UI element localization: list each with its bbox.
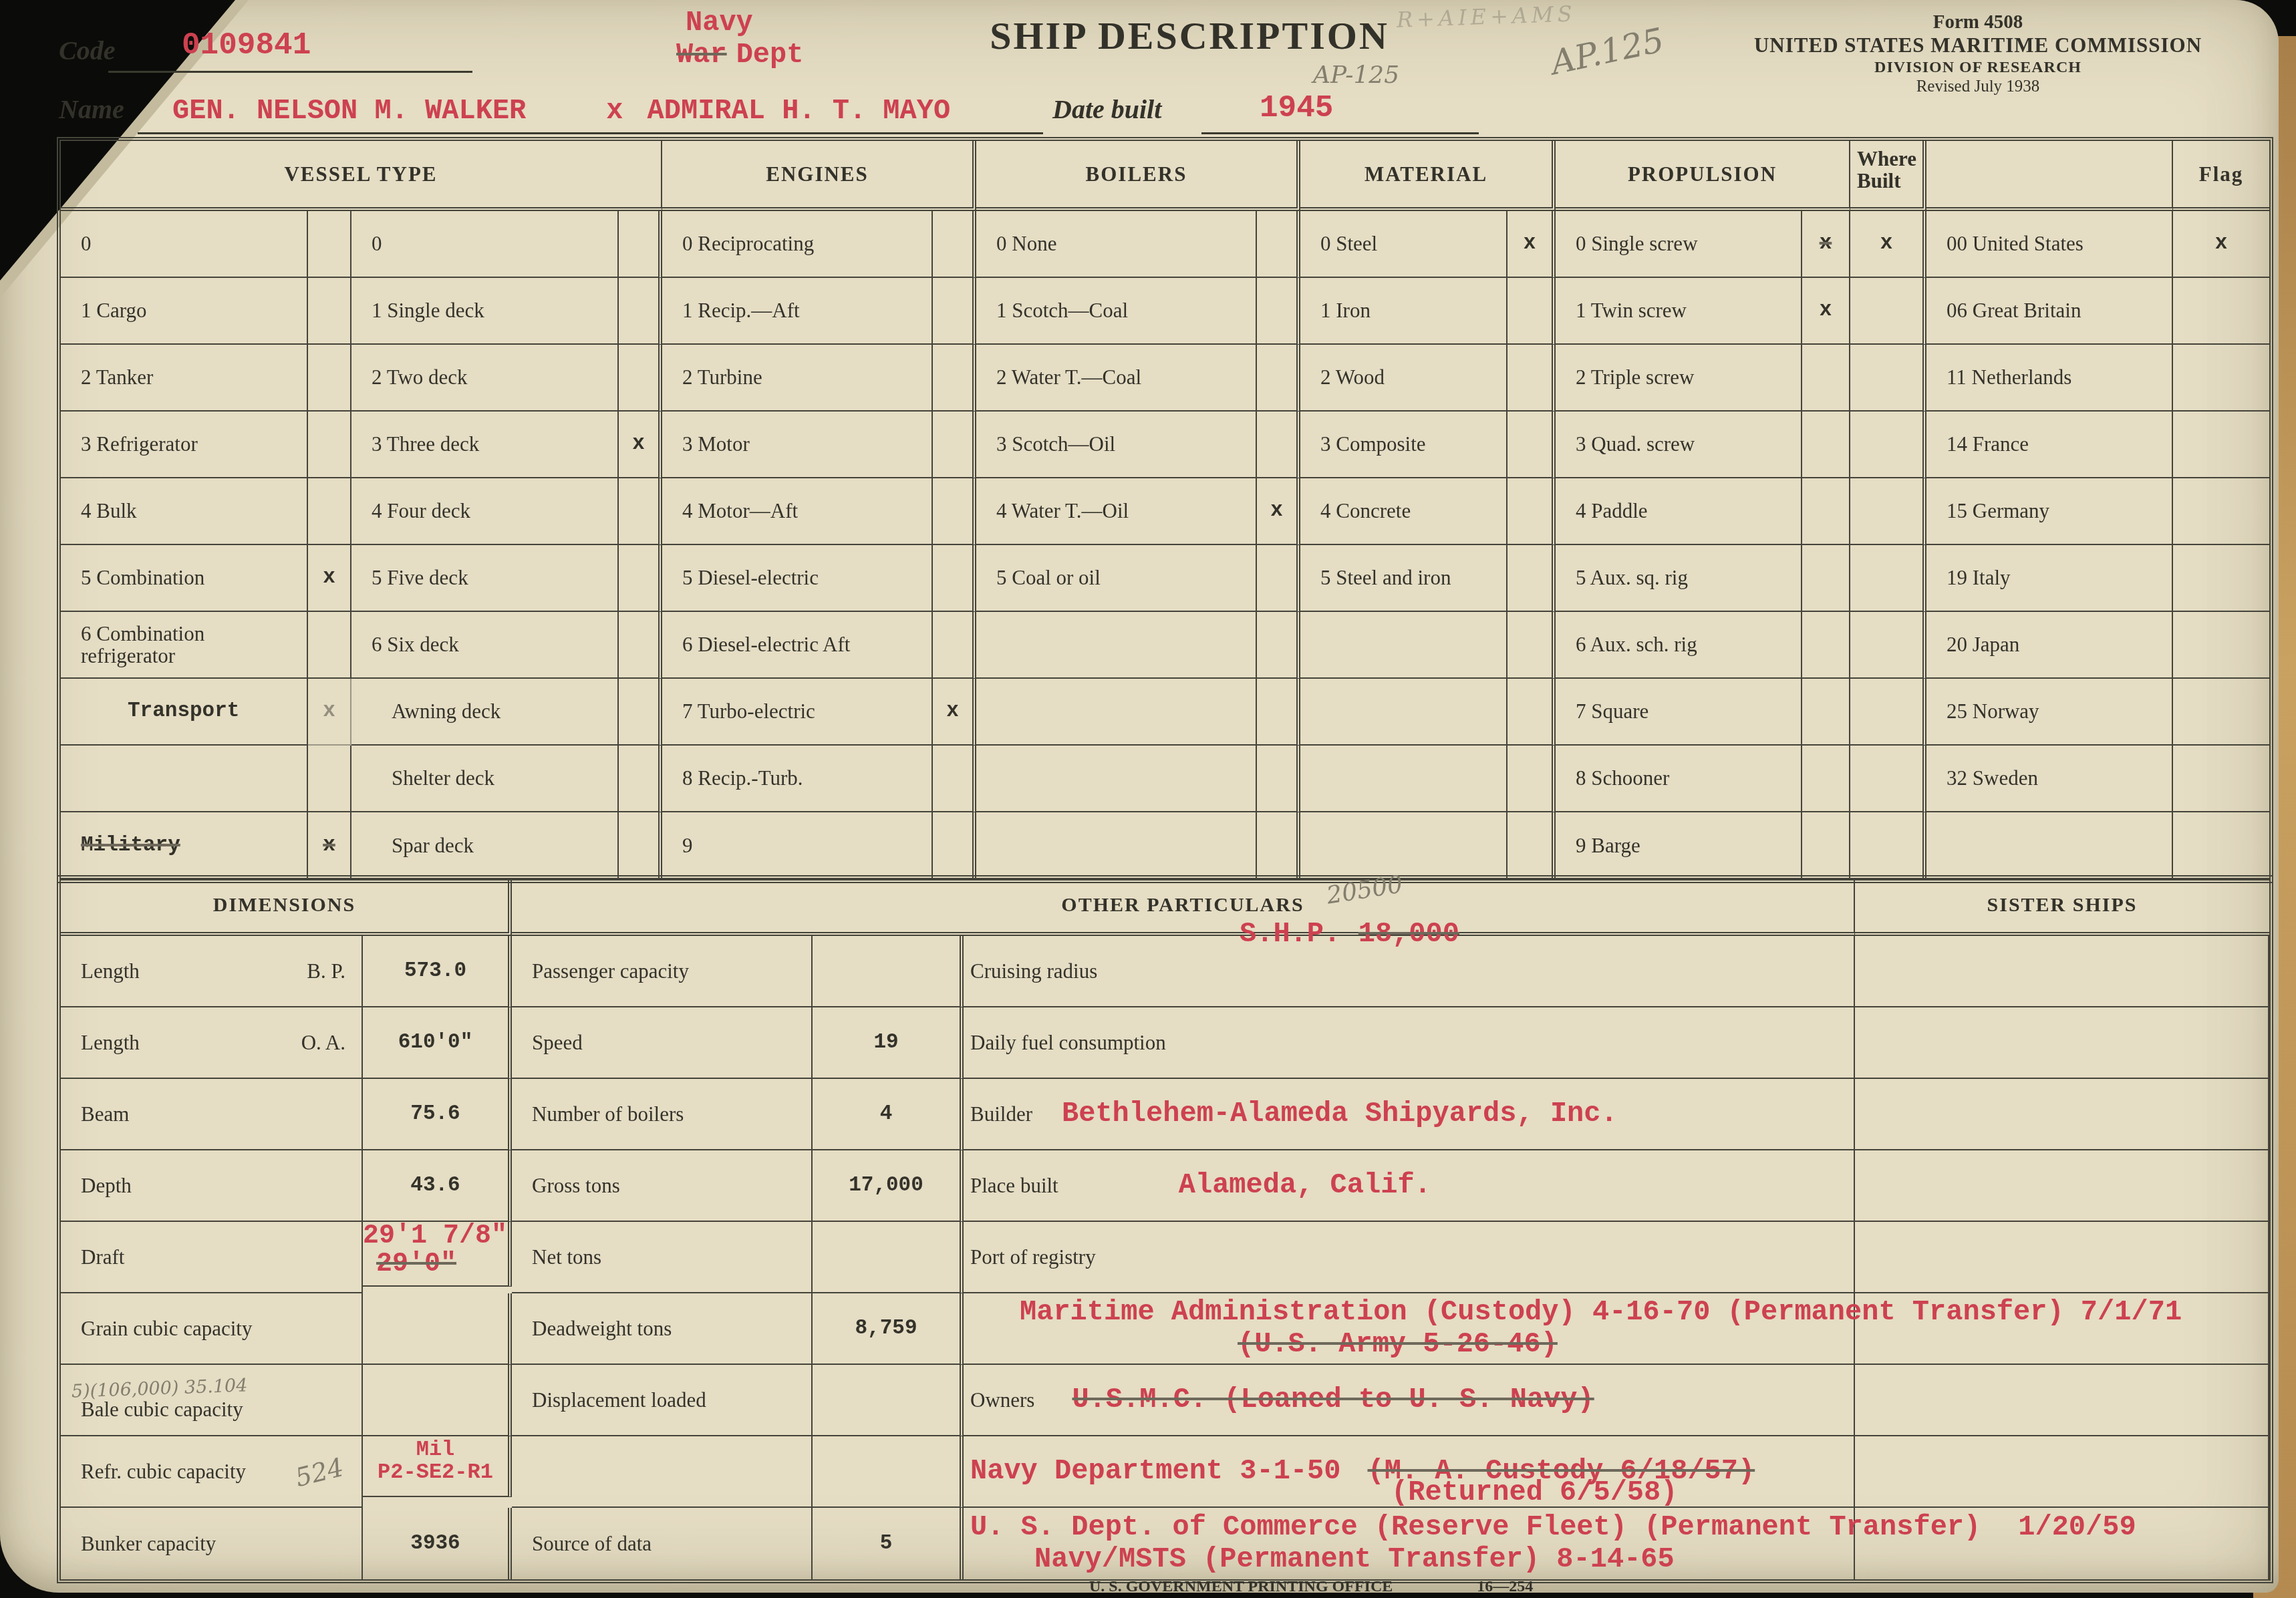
place-built-label: Place built [970,1174,1058,1196]
dim-label-refr: Refr. cubic capacity 524 [61,1436,363,1508]
boiler-option: 1 Scotch—Coal [976,278,1257,345]
boiler-option: 0 None [976,211,1257,278]
mid-value: 17,000 [813,1150,964,1222]
country-option: 20 Japan [1926,612,2173,679]
mark-cell [1508,278,1556,345]
flag-mark: x [2173,211,2269,278]
material-option: 0 Steel [1300,211,1508,278]
shp-label: S.H.P. [1240,918,1340,950]
gpo-code: 16—254 [1477,1578,1533,1595]
place-built-value: Alameda, Calif. [1179,1170,1431,1201]
sister-cell [1855,1222,2269,1293]
mark-cell: x [308,545,351,612]
name-separator-x: x [606,95,623,127]
material-option: 4 Concrete [1300,478,1508,545]
vessel-option: 3 Refrigerator [61,412,308,478]
mid-label: Number of boilers [512,1079,813,1150]
material-option [1300,612,1508,679]
owners-label: Owners [970,1389,1034,1411]
ship-name-current: GEN. NELSON M. WALKER [172,95,526,127]
flag-mark [2173,412,2269,478]
gpo-imprint: U. S. GOVERNMENT PRINTING OFFICE [1089,1578,1393,1595]
mark-cell-struck: x [308,812,351,879]
owners-row: OwnersU.S.M.C. (Loaned to U. S. Navy) [964,1365,1855,1436]
vessel-option: 4 Bulk [61,478,308,545]
mark-cell-faint: x [308,679,351,746]
mark-cell: x [619,412,662,478]
dim-value: 75.6 [363,1079,512,1150]
where-built-mark: x [1850,211,1926,278]
mark-cell [1257,812,1300,879]
vessel-option-typed-struck: Military [61,812,308,879]
material-option: 5 Steel and iron [1300,545,1508,612]
material-option: 1 Iron [1300,278,1508,345]
mark-cell [1802,478,1850,545]
engine-option: 5 Diesel-electric [662,545,933,612]
mark-cell [933,545,976,612]
pencil-hull-number: AP-125 [1313,61,1399,89]
material-option: 2 Wood [1300,345,1508,412]
mark-cell [308,278,351,345]
design-type-cell: Mil P2-SE2-R1 [363,1426,512,1497]
ship-name-former: ADMIRAL H. T. MAYO [648,95,951,127]
material-option [1300,812,1508,879]
mark-cell [1802,545,1850,612]
mark-cell [1257,211,1300,278]
deck-option: Spar deck [351,812,619,879]
date-built-value: 1945 [1260,91,1333,126]
mid-value [813,1436,964,1508]
dim-value: 43.6 [363,1150,512,1222]
deck-option: Shelter deck [351,746,619,812]
sister-cell [1855,1150,2269,1222]
mark-cell [933,746,976,812]
mark-cell [619,812,662,879]
custody-line: Maritime Administration (Custody) 4-16-7… [970,1297,2182,1327]
mark-cell: x [1508,211,1556,278]
design-type-line1: Mil [416,1438,455,1461]
mark-cell [1257,612,1300,679]
particular-label: Port of registry [964,1222,1855,1293]
dim-label: Beam [61,1079,363,1150]
where-built-mark [1850,278,1926,345]
mid-value [813,1365,964,1436]
design-type-line2: P2-SE2-R1 [378,1461,493,1484]
dim-name: Bale cubic capacity [81,1398,243,1420]
mid-label: Deadweight tons [512,1293,813,1365]
engine-option: 3 Motor [662,412,933,478]
deck-option: 5 Five deck [351,545,619,612]
engine-option: 9 [662,812,933,879]
where-built-mark [1850,545,1926,612]
country-option [1926,812,2173,879]
boiler-option: 5 Coal or oil [976,545,1257,612]
boiler-option [976,679,1257,746]
mark-cell [619,612,662,679]
particulars-table: DIMENSIONS OTHER PARTICULARS SISTER SHIP… [57,875,2273,1583]
code-value: 0109841 [182,28,311,63]
where-built-mark [1850,746,1926,812]
sister-cell [1855,1007,2269,1079]
engine-option: 2 Turbine [662,345,933,412]
country-column-header [1926,141,2173,211]
dim-value: 3936 [363,1508,512,1579]
mark-cell [1508,545,1556,612]
particular-label: Daily fuel consumption [964,1007,1855,1079]
mark-cell [308,478,351,545]
where-built-mark [1850,612,1926,679]
boilers-header: BOILERS [976,141,1300,211]
boiler-option: 3 Scotch—Oil [976,412,1257,478]
material-option: 3 Composite [1300,412,1508,478]
other-particulars-header: OTHER PARTICULARS [512,879,1855,936]
dimensions-header: DIMENSIONS [61,879,512,936]
mark-cell [1802,612,1850,679]
engine-option: 7 Turbo-electric [662,679,933,746]
material-header: MATERIAL [1300,141,1556,211]
particular-label: BuilderBethlehem-Alameda Shipyards, Inc. [964,1079,1855,1150]
sister-cell [1855,1436,2269,1508]
mark-cell [308,412,351,478]
mark-cell [619,545,662,612]
dept-word: Dept [736,39,804,71]
mark-cell [619,478,662,545]
mark-cell [933,812,976,879]
dim-label: Grain cubic capacity [61,1293,363,1365]
sister-ships-header: SISTER SHIPS [1855,879,2269,936]
mid-value: 5 [813,1508,964,1579]
form-number: Form 4508 [1711,11,2245,33]
builder-value: Bethlehem-Alameda Shipyards, Inc. [1062,1099,1618,1129]
dim-name: Beam [81,1103,129,1125]
vessel-type-header: VESSEL TYPE [61,141,662,211]
country-option: 15 Germany [1926,478,2173,545]
classification-table: VESSEL TYPE ENGINES BOILERS MATERIAL PRO… [57,137,2273,883]
flag-header: Flag [2173,141,2269,211]
mid-label: Speed [512,1007,813,1079]
engines-header: ENGINES [662,141,976,211]
dim-label: Draft [61,1222,363,1293]
mid-label: Net tons [512,1222,813,1293]
mark-cell [1802,679,1850,746]
flag-mark [2173,345,2269,412]
where-built-mark [1850,478,1926,545]
mark-cell [308,345,351,412]
mid-label: Gross tons [512,1150,813,1222]
deck-option: 3 Three deck [351,412,619,478]
mark-cell [619,278,662,345]
flag-mark [2173,679,2269,746]
mark-cell [933,211,976,278]
dim-label: LengthB. P. [61,936,363,1007]
sister-cell [1855,1365,2269,1436]
propulsion-option: 0 Single screw [1556,211,1802,278]
engine-option: 4 Motor—Aft [662,478,933,545]
mark-cell [1508,746,1556,812]
mark-cell [1508,812,1556,879]
mark-cell [1508,412,1556,478]
propulsion-option: 6 Aux. sch. rig [1556,612,1802,679]
name-underline [138,132,1043,134]
where-built-mark [1850,345,1926,412]
mark-cell [933,612,976,679]
sister-cell [1855,1079,2269,1150]
mark-cell [308,612,351,679]
mark-cell [933,478,976,545]
commerce-history: U. S. Dept. of Commerce (Reserve Fleet) … [964,1508,1855,1579]
owners-usmc-struck: U.S.M.C. (Loaned to U. S. Navy) [1072,1385,1594,1415]
country-option: 06 Great Britain [1926,278,2173,345]
draft-old-value-struck: 29'0" [376,1251,456,1279]
vessel-option [61,746,308,812]
material-option [1300,746,1508,812]
engine-option: 8 Recip.-Turb. [662,746,933,812]
mid-value [813,1222,964,1293]
pencil-refr-value: 524 [293,1454,347,1492]
mark-cell [619,211,662,278]
vessel-option: 0 [61,211,308,278]
dim-label: LengthO. A. [61,1007,363,1079]
sister-cell [1855,936,2269,1007]
flag-mark [2173,545,2269,612]
mark-cell [308,746,351,812]
dept-new-label: Navy [686,7,753,39]
army-line-struck: (U.S. Army 5-26-46) [1238,1329,1558,1360]
particular-label: Place builtAlameda, Calif. [964,1150,1855,1222]
mark-cell [933,345,976,412]
mark-cell [1257,746,1300,812]
country-option: 25 Norway [1926,679,2173,746]
mark-cell [1257,679,1300,746]
mark-cell [308,211,351,278]
custody-history: Maritime Administration (Custody) 4-16-7… [964,1293,1855,1365]
date-built-label: Date built [1052,94,1161,125]
mark-cell: x [1802,278,1850,345]
engine-option: 6 Diesel-electric Aft [662,612,933,679]
mark-cell: x [933,679,976,746]
vessel-option: 1 Cargo [61,278,308,345]
vessel-option: 6 Combination refrigerator [61,612,308,679]
mid-value: 19 [813,1007,964,1079]
mark-cell [1508,345,1556,412]
mark-cell [1257,545,1300,612]
dim-value: 610'0" [363,1007,512,1079]
where-built-header: Where Built [1850,141,1926,211]
mark-cell [933,278,976,345]
division-name: DIVISION OF RESEARCH [1711,58,2245,77]
commerce-date: 1/20/59 [2018,1511,2136,1543]
mark-cell [1802,746,1850,812]
flag-mark [2173,612,2269,679]
navy-dept-line: Navy Department 3-1-50 [970,1456,1341,1486]
propulsion-option: 2 Triple screw [1556,345,1802,412]
code-underline [108,71,472,73]
dim-abbrev: B. P. [307,960,345,982]
where-built-mark [1850,412,1926,478]
country-option: 00 United States [1926,211,2173,278]
flag-mark [2173,812,2269,879]
mark-cell [1508,478,1556,545]
mark-cell [619,679,662,746]
country-option: 19 Italy [1926,545,2173,612]
mark-cell [1257,278,1300,345]
engine-option: 0 Reciprocating [662,211,933,278]
mid-value: 4 [813,1079,964,1150]
dim-name: Draft [81,1246,124,1268]
draft-new-value: 29'1 7/8" [363,1223,507,1251]
dim-value: 573.0 [363,936,512,1007]
propulsion-option: 9 Barge [1556,812,1802,879]
mark-cell [1257,345,1300,412]
propulsion-header: PROPULSION [1556,141,1850,211]
propulsion-option: 5 Aux. sq. rig [1556,545,1802,612]
deck-option: 4 Four deck [351,478,619,545]
mark-cell: x [1257,478,1300,545]
navy-dept-row: Navy Department 3-1-50 (M. A. Custody 6/… [964,1436,1855,1508]
dim-name: Length [81,960,140,982]
page-title: SHIP DESCRIPTION [936,13,1443,58]
dim-name: Length [81,1031,140,1054]
mark-cell-struck: x [1802,211,1850,278]
dim-label-bale: 5)(106,000) 35.104 Bale cubic capacity [61,1365,363,1436]
name-label: Name [59,94,124,125]
scanned-form: Code 0109841 Navy WarDept SHIP DESCRIPTI… [0,0,2296,1598]
deck-option: 1 Single deck [351,278,619,345]
mid-label: Passenger capacity [512,936,813,1007]
dim-label: Bunker capacity [61,1508,363,1579]
vessel-option: 2 Tanker [61,345,308,412]
dept-old-label-struck: War [676,39,727,71]
date-built-underline [1201,132,1479,134]
vessel-option: 5 Combination [61,545,308,612]
deck-option: 0 [351,211,619,278]
commerce-line: U. S. Dept. of Commerce (Reserve Fleet) … [970,1511,1981,1543]
dim-abbrev: O. A. [301,1031,345,1054]
engine-option: 1 Recip.—Aft [662,278,933,345]
dim-name: Refr. cubic capacity [81,1460,246,1482]
msts-line: Navy/MSTS (Permanent Transfer) 8-14-65 [1034,1545,1675,1575]
propulsion-option: 1 Twin screw [1556,278,1802,345]
flag-mark [2173,478,2269,545]
engine-option-label: 6 Diesel-electric Aft [682,633,850,655]
mark-cell [1508,612,1556,679]
mark-cell [619,345,662,412]
where-built-mark [1850,679,1926,746]
country-option: 32 Sweden [1926,746,2173,812]
propulsion-option: 3 Quad. screw [1556,412,1802,478]
flag-mark [2173,278,2269,345]
mid-label [512,1436,813,1508]
builder-label: Builder [970,1103,1032,1125]
mark-cell [1802,812,1850,879]
mark-cell [1257,412,1300,478]
mark-cell [1508,679,1556,746]
mark-cell [933,412,976,478]
shp-value-struck: 18,000 [1358,918,1459,950]
where-built-mark [1850,812,1926,879]
country-option: 11 Netherlands [1926,345,2173,412]
dim-value-draft: 29'1 7/8" 29'0" [363,1215,512,1287]
agency-name: UNITED STATES MARITIME COMMISSION [1711,33,2245,58]
boiler-option: 4 Water T.—Oil [976,478,1257,545]
deck-option: 6 Six deck [351,612,619,679]
propulsion-option: 8 Schooner [1556,746,1802,812]
vessel-option-typed: Transport [61,679,308,746]
deck-option: Awning deck [351,679,619,746]
returned-line: (Returned 6/5/58) [1391,1478,1677,1508]
dim-value [363,1293,512,1365]
boiler-option [976,746,1257,812]
boiler-option: 2 Water T.—Coal [976,345,1257,412]
mark-cell [619,746,662,812]
deck-option: 2 Two deck [351,345,619,412]
mid-label: Source of data [512,1508,813,1579]
dim-name: Depth [81,1174,132,1196]
mark-cell [1802,412,1850,478]
mid-value [813,936,964,1007]
mid-value: 8,759 [813,1293,964,1365]
boiler-option [976,612,1257,679]
revised-date: Revised July 1938 [1711,77,2245,97]
propulsion-option: 7 Square [1556,679,1802,746]
code-label: Code [59,35,115,66]
dim-label: Depth [61,1150,363,1222]
mark-cell [1802,345,1850,412]
country-option: 14 France [1926,412,2173,478]
propulsion-option: 4 Paddle [1556,478,1802,545]
boiler-option [976,812,1257,879]
flag-mark [2173,746,2269,812]
material-option [1300,679,1508,746]
mid-label: Displacement loaded [512,1365,813,1436]
